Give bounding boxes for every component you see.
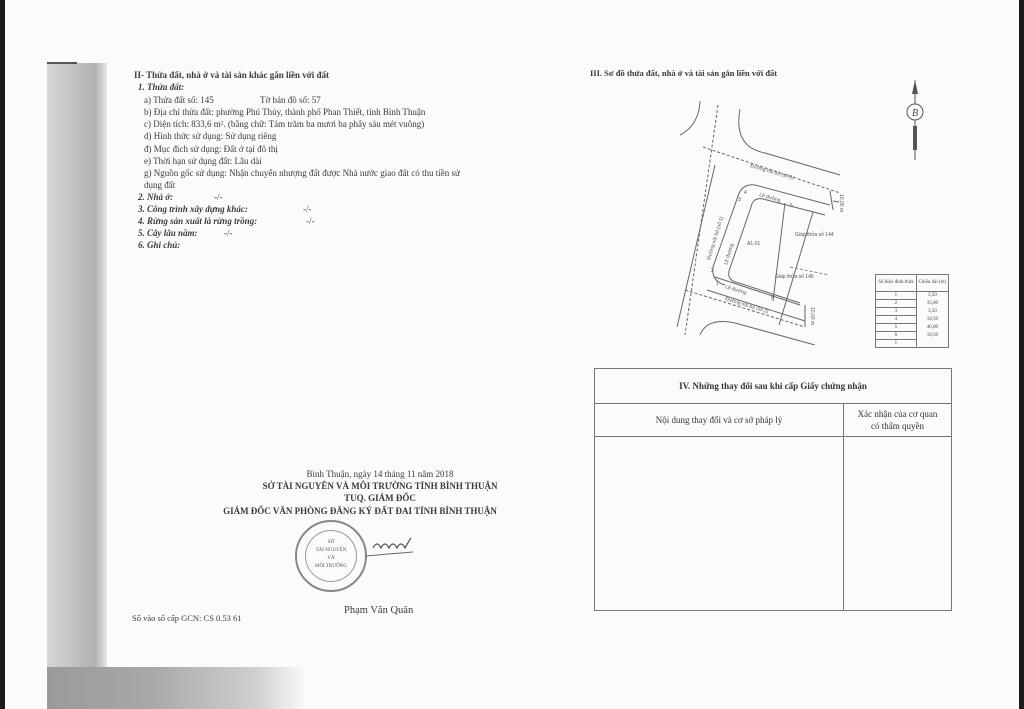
section2-title: II- Thửa đất, nhà ở và tài sản khác gắn … bbox=[134, 69, 329, 81]
item-forest: 4. Rừng sản xuất là rừng trồng: bbox=[138, 215, 257, 227]
neighbor-146-label: Giáp thửa số 146 bbox=[775, 273, 814, 280]
length-row: 1 bbox=[876, 340, 949, 348]
length-cell bbox=[916, 340, 948, 348]
col-authority-confirm: Xác nhận của cơ quancó thẩm quyền bbox=[844, 404, 951, 436]
vertex-4: 4 bbox=[744, 190, 747, 196]
item-perennial: 5. Cây lâu năm: bbox=[138, 227, 198, 239]
vertex-cell: 2 bbox=[876, 300, 917, 308]
north-arrow-icon: B bbox=[903, 78, 927, 162]
change-content-cell bbox=[595, 437, 844, 611]
item-other-construction: 3. Công trình xây dựng khác: bbox=[138, 203, 248, 215]
scan-edge bbox=[47, 62, 77, 64]
vertex-3: 3 bbox=[738, 197, 741, 203]
item-note: 6. Ghi chú: bbox=[138, 239, 180, 251]
changes-table: IV. Những thay đổi sau khi cấp Giấy chứn… bbox=[594, 368, 952, 611]
vertex-6: 6 bbox=[771, 295, 774, 301]
signer-name: Phạm Văn Quân bbox=[344, 605, 413, 617]
length-cell: 3,50 bbox=[916, 292, 948, 300]
scan-shadow bbox=[47, 63, 107, 709]
seal-text: TÀI NGUYÊN bbox=[306, 547, 356, 555]
item-house: 2. Nhà ở: bbox=[138, 191, 173, 203]
land-heading: 1. Thửa đất: bbox=[138, 81, 184, 93]
usage-form: d) Hình thức sử dụng: Sử dụng riêng bbox=[144, 130, 276, 142]
map-sheet-number: Tờ bản đồ số: 57 bbox=[260, 94, 321, 106]
parcel-number: a) Thửa đất số: 145 bbox=[144, 94, 214, 106]
vertex-cell: 6 bbox=[876, 332, 917, 340]
parcel-diagram: Đường nội bộ (số 3) Đường nội bộ (số 1) … bbox=[655, 95, 855, 345]
parcel-label: A1-01 bbox=[747, 241, 761, 247]
item-house-value: -/- bbox=[214, 191, 223, 203]
width-bottom-label: 10,00 m bbox=[809, 307, 815, 325]
parcel-area: c) Diện tích: 833,6 m². (bằng chữ: Tám t… bbox=[144, 118, 424, 130]
parcel-address: b) Địa chỉ thửa đất: phường Phú Thủy, th… bbox=[144, 106, 425, 118]
usage-term: e) Thời hạn sử dụng đất: Lâu dài bbox=[144, 155, 262, 167]
sidewalk-top-label: Lề đường bbox=[758, 192, 781, 204]
road2-label: Đường nội bộ (số 2) bbox=[724, 296, 769, 315]
signature-scribble bbox=[365, 530, 455, 570]
road3-label: Đường nội bộ (số 3) bbox=[749, 163, 794, 181]
sidewalk-left-label: Lề đường bbox=[723, 243, 735, 266]
length-row: 618,50 bbox=[876, 332, 949, 340]
date-line: Bình Thuận, ngày 14 tháng 11 năm 2018 bbox=[225, 468, 535, 480]
neighbor-144-label: Giáp thửa số 144 bbox=[795, 231, 834, 238]
vertex-cell: 1 bbox=[876, 340, 917, 348]
road1-label: Đường nội bộ (số 1) bbox=[706, 215, 725, 260]
length-row: 235,00 bbox=[876, 300, 949, 308]
vertex-5: 5 bbox=[790, 203, 793, 209]
item-other-construction-value: -/- bbox=[303, 203, 312, 215]
length-cell: 18,50 bbox=[916, 316, 948, 324]
length-row: 13,50 bbox=[876, 292, 949, 300]
department-name: SỞ TÀI NGUYÊN VÀ MÔI TRƯỜNG TỈNH BÌNH TH… bbox=[195, 480, 565, 492]
usage-origin: g) Nguồn gốc sử dụng: Nhận chuyển nhượng… bbox=[144, 167, 460, 179]
edge-length-table: Số hiệu đỉnh thửa Chiều dài (m) 13,50235… bbox=[875, 274, 949, 348]
item-perennial-value: -/- bbox=[224, 227, 233, 239]
tuq-label: TUQ. GIÁM ĐỐC bbox=[225, 492, 535, 504]
section3-title: III. Sơ đồ thửa đất, nhà ở và tài sản gắ… bbox=[590, 67, 777, 79]
col-authority-line1: Xác nhận của cơ quan bbox=[858, 409, 938, 419]
col-length: Chiều dài (m) bbox=[916, 275, 948, 292]
length-cell: 40,00 bbox=[916, 324, 948, 332]
length-cell: 35,00 bbox=[916, 300, 948, 308]
seal-inner: SỞ TÀI NGUYÊN VÀ MÔI TRƯỜNG bbox=[305, 530, 357, 582]
north-symbol: B bbox=[912, 108, 918, 119]
vertex-1: 1 bbox=[716, 281, 719, 287]
official-seal: SỞ TÀI NGUYÊN VÀ MÔI TRƯỜNG bbox=[295, 520, 367, 592]
col-vertex: Số hiệu đỉnh thửa bbox=[876, 275, 917, 292]
col-authority-line2: có thẩm quyền bbox=[871, 421, 924, 431]
length-row: 540,00 bbox=[876, 324, 949, 332]
certificate-page: II- Thửa đất, nhà ở và tài sản khác gắn … bbox=[5, 0, 1019, 709]
seal-text: SỞ bbox=[306, 539, 356, 547]
vertex-cell: 3 bbox=[876, 308, 917, 316]
seal-text: MÔI TRƯỜNG bbox=[306, 563, 356, 571]
vertex-2: 2 bbox=[711, 268, 714, 274]
col-change-content: Nội dung thay đổi và cơ sở pháp lý bbox=[595, 404, 844, 436]
usage-purpose: đ) Mục đích sử dụng: Đất ở tại đô thị bbox=[144, 143, 278, 155]
length-row: 33,50 bbox=[876, 308, 949, 316]
length-row: 418,50 bbox=[876, 316, 949, 324]
section4-title: IV. Những thay đổi sau khi cấp Giấy chứn… bbox=[595, 369, 951, 404]
length-cell: 18,50 bbox=[916, 332, 948, 340]
usage-origin-cont: dụng đất bbox=[144, 179, 175, 191]
vertex-cell: 1 bbox=[876, 292, 917, 300]
vertex-cell: 5 bbox=[876, 324, 917, 332]
office-name: GIÁM ĐỐC VĂN PHÒNG ĐĂNG KÝ ĐẤT ĐAI TỈNH … bbox=[160, 505, 560, 517]
length-cell: 3,50 bbox=[916, 308, 948, 316]
vertex-cell: 4 bbox=[876, 316, 917, 324]
item-forest-value: -/- bbox=[306, 215, 315, 227]
width-top-label: 10,00 m bbox=[838, 194, 844, 212]
seal-text: VÀ bbox=[306, 555, 356, 563]
scan-shadow-bottom bbox=[47, 667, 307, 709]
register-number: Số vào sổ cấp GCN: CS 0.53 61 bbox=[132, 612, 242, 624]
